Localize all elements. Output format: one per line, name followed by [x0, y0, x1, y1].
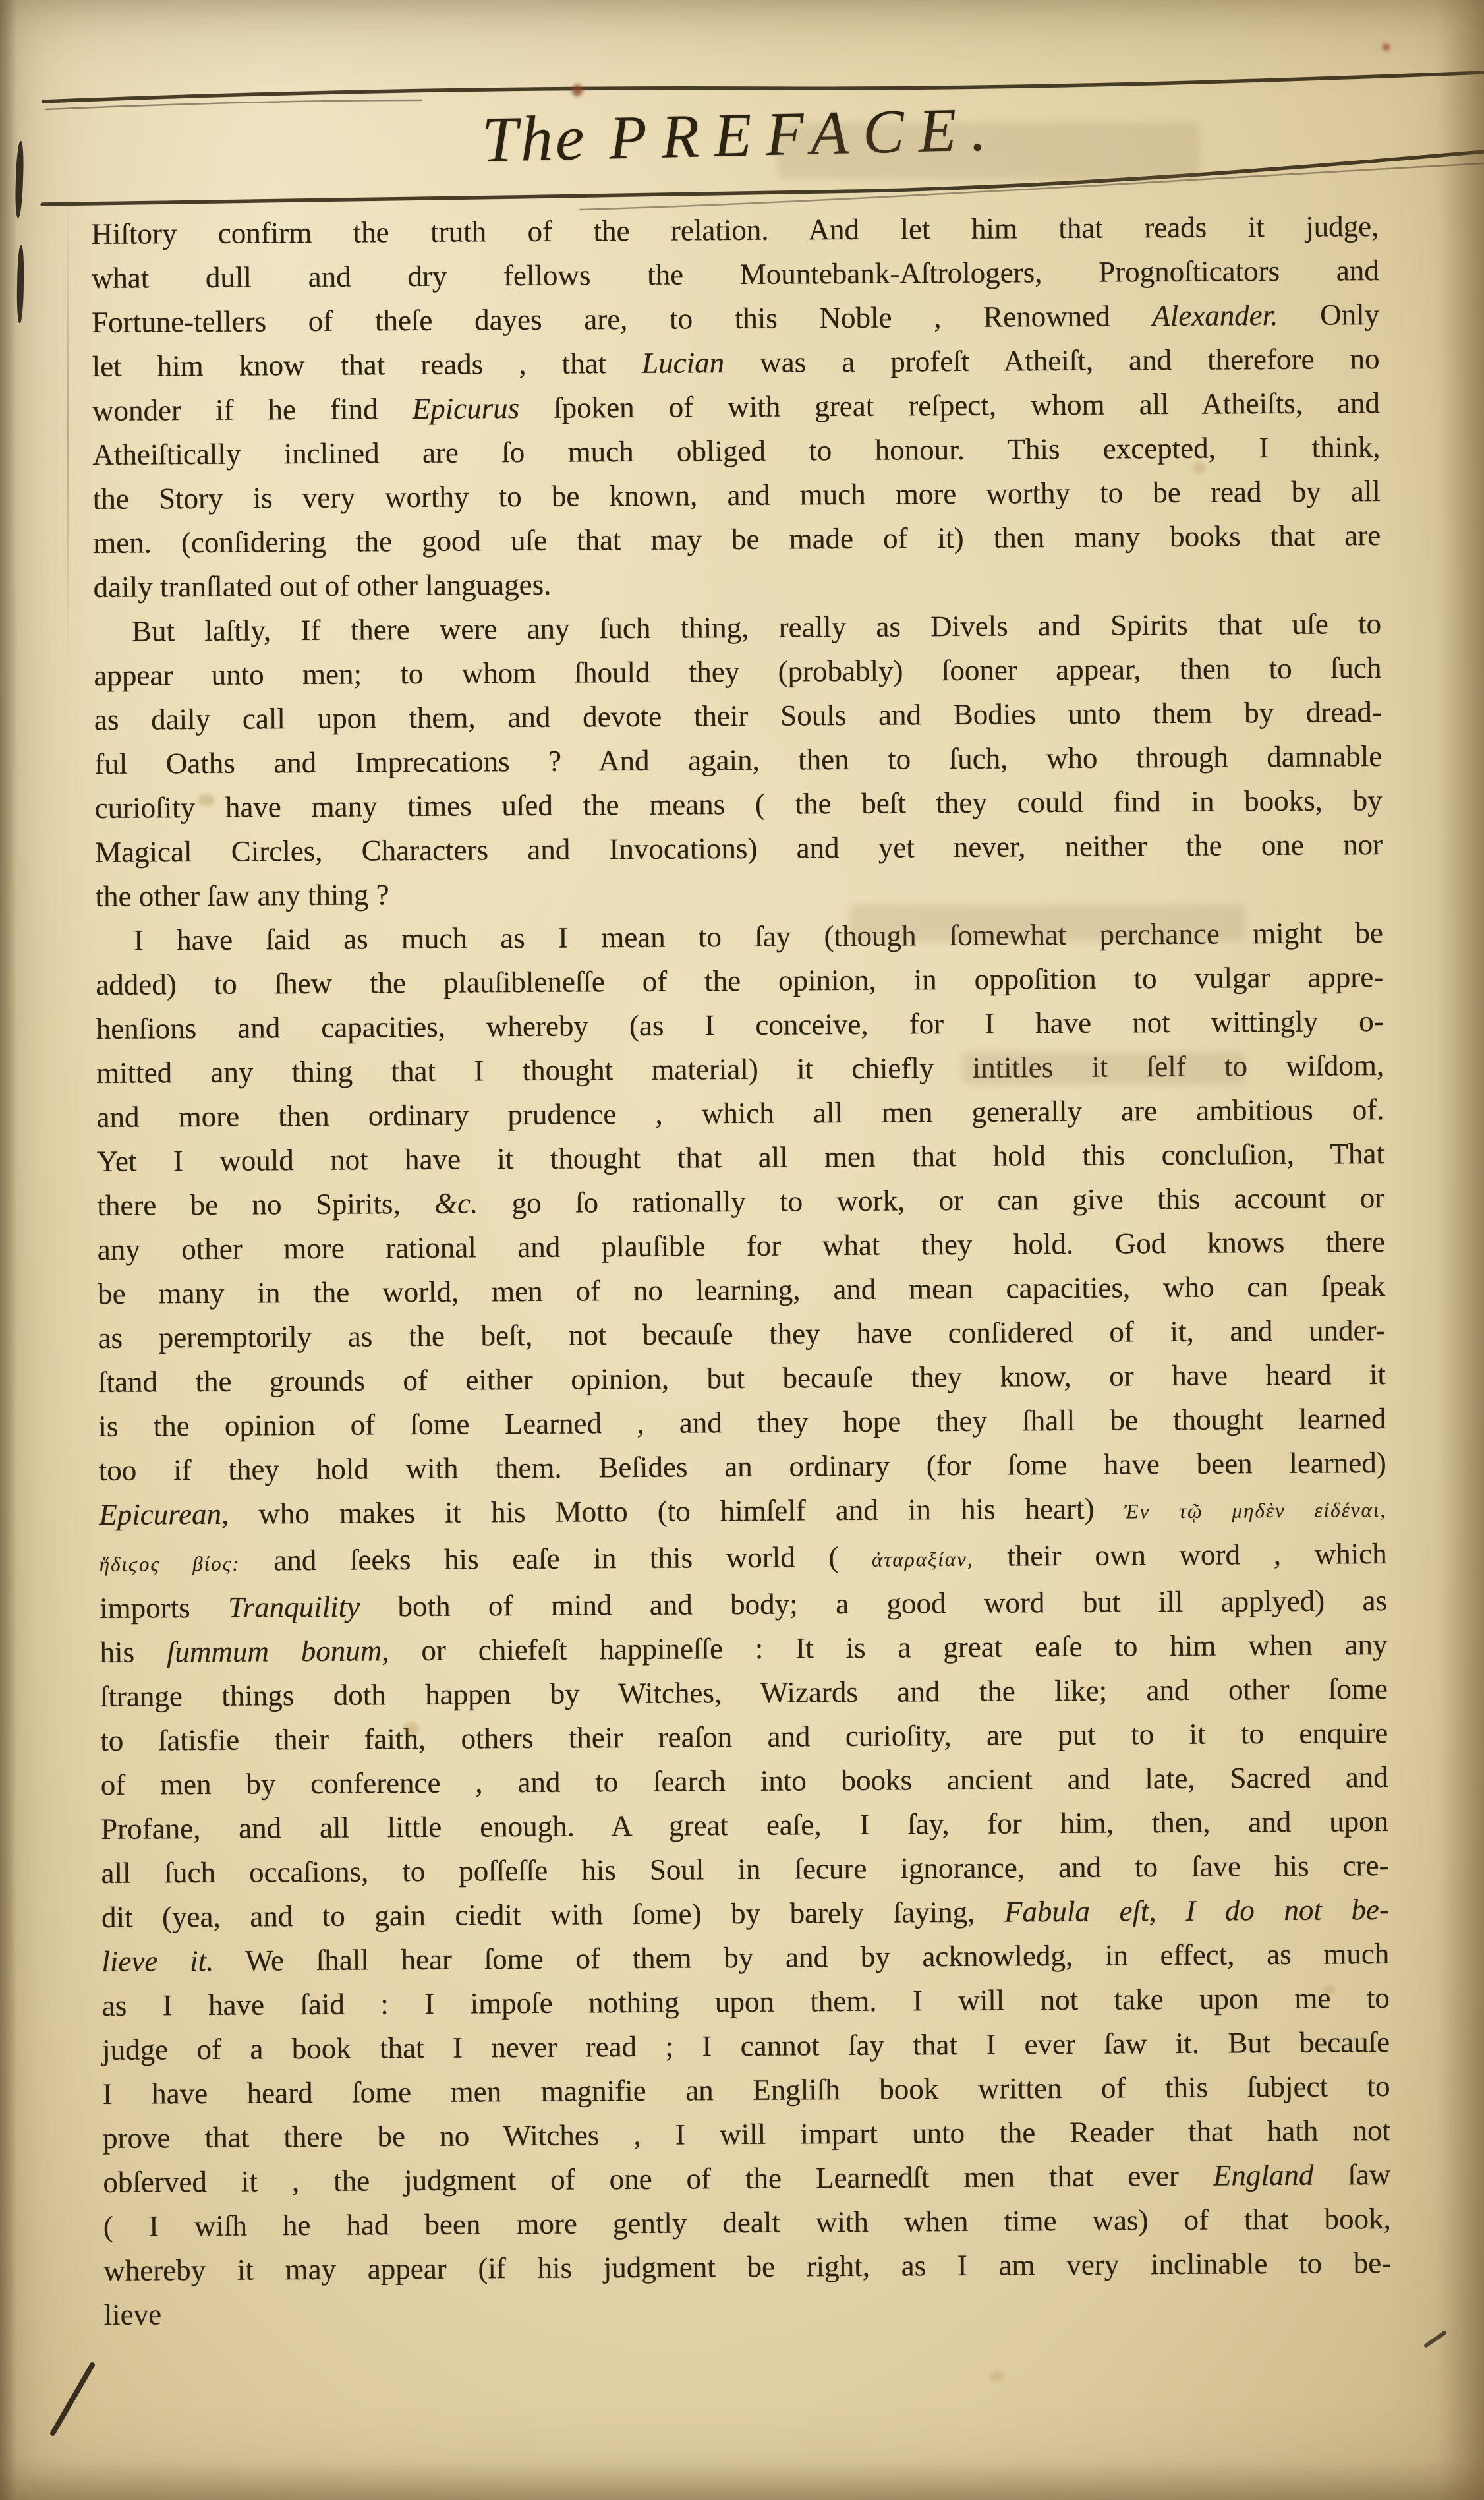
body-text: too if they hold with them. Beſides an o…	[99, 1446, 1386, 1487]
text-line: and more then ordinary prudence , which …	[96, 1088, 1384, 1140]
body-text: be many in the world, men of no learning…	[98, 1269, 1385, 1310]
italic-text: England	[1213, 2159, 1314, 2192]
body-text: his	[100, 1635, 167, 1669]
body-text: ful Oaths and Imprecations ? And again, …	[94, 740, 1382, 780]
fox-spot	[1193, 463, 1206, 473]
text-line: too if they hold with them. Beſides an o…	[99, 1441, 1386, 1493]
body-text: is the opinion of ſome Learned , and the…	[98, 1402, 1386, 1443]
italic-text: lieve it.	[101, 1944, 214, 1978]
page-edge-shadow	[1438, 0, 1484, 2500]
body-text: as peremptorily as the beſt, not becauſe…	[98, 1314, 1385, 1354]
text-line: let him know that reads , that Lucian wa…	[92, 337, 1379, 389]
text-line: prove that there be no Witches , I will …	[103, 2108, 1390, 2161]
body-text: there be no Spirits,	[97, 1187, 434, 1222]
text-line: as peremptorily as the beſt, not becauſe…	[98, 1308, 1385, 1360]
body-text: Atheiſtically inclined are ſo much oblig…	[92, 430, 1380, 471]
fox-spot	[990, 2371, 1004, 2381]
page-edge-shadow	[0, 2460, 1484, 2500]
body-text: ſtrange things doth happen by Witches, W…	[100, 1672, 1388, 1713]
body-text: added) to ſhew the plauſibleneſſe of the…	[96, 960, 1383, 1001]
body-text: and more then ordinary prudence , which …	[96, 1093, 1384, 1134]
text-line: whereby it may appear (if his judgment b…	[103, 2241, 1391, 2293]
text-line: as I have ſaid : I impoſe nothing upon t…	[102, 1976, 1390, 2028]
body-text: to ſatisfie their faith, others their re…	[100, 1716, 1388, 1757]
body-text: men. (conſidering the good uſe that may …	[93, 519, 1381, 560]
greek-text: Ἐν τῷ μηδὲν εἰδέναι,	[1124, 1498, 1386, 1523]
body-text: all ſuch occaſions, to poſſeſſe his Soul…	[101, 1849, 1388, 1890]
paragraph: But laſtly, If there were any ſuch thing…	[94, 602, 1383, 919]
body-text: Hiſtory confirm the truth of the relatio…	[91, 210, 1379, 250]
text-line: obſerved it , the judgment of one of the…	[103, 2153, 1390, 2205]
body-text: daily tranſlated out of other languages.	[93, 568, 551, 604]
paragraph: I have ſaid as much as I mean to ſay (th…	[96, 911, 1392, 2293]
show-through-smudge	[850, 904, 1245, 941]
text-line: his ſummum bonum, or chiefeſt happineſſe…	[100, 1623, 1387, 1675]
text-line: Epicurean, who makes it his Motto (to hi…	[99, 1485, 1386, 1540]
fox-spot	[403, 1722, 419, 1735]
body-text: go ſo rationally to work, or can give th…	[478, 1181, 1384, 1219]
body-text: who makes it his Motto (to himſelf and i…	[229, 1492, 1124, 1530]
paragraph: Hiſtory confirm the truth of the relatio…	[91, 204, 1381, 610]
text-line: to ſatisfie their faith, others their re…	[100, 1711, 1388, 1763]
text-line: appear unto men; to whom ſhould they (pr…	[94, 646, 1381, 698]
text-line: imports Tranquility both of mind and bod…	[100, 1579, 1387, 1631]
text-line: ful Oaths and Imprecations ? And again, …	[94, 734, 1382, 786]
body-text: as daily call upon them, and devote thei…	[94, 695, 1382, 736]
text-line: of men by conference , and to ſearch int…	[101, 1755, 1388, 1807]
page-crease	[67, 191, 69, 666]
body-text: Only	[1278, 298, 1379, 332]
body-text: We ſhall hear ſome of them by and by ack…	[214, 1937, 1389, 1977]
body-text: what dull and dry fellows the Mountebank…	[92, 254, 1379, 295]
text-line: henſions and capacities, whereby (as I c…	[96, 999, 1384, 1051]
body-text: wonder if he find	[92, 392, 413, 427]
text-line: Yet I would not have it thought that all…	[97, 1132, 1384, 1184]
text-line: But laſtly, If there were any ſuch thing…	[94, 602, 1381, 654]
text-line: added) to ſhew the plauſibleneſſe of the…	[96, 955, 1383, 1007]
page-edge-shadow	[0, 0, 17, 2500]
pen-stroke	[49, 2362, 96, 2437]
body-text: Profane, and all little enough. A great …	[101, 1805, 1388, 1846]
body-text: of men by conference , and to ſearch int…	[101, 1760, 1388, 1801]
text-line: the Story is very worthy to be known, an…	[93, 469, 1381, 521]
body-text: curioſity have many times uſed the means…	[95, 784, 1383, 825]
body-text: imports	[100, 1591, 228, 1625]
text-line: lieve it. We ſhall hear ſome of them by …	[101, 1932, 1389, 1984]
body-text: ſtand the grounds of either opinion, but…	[98, 1358, 1386, 1399]
body-text: Yet I would not have it thought that all…	[97, 1137, 1384, 1178]
body-text: obſerved it , the judgment of one of the…	[103, 2159, 1213, 2199]
body-text: and ſeeks his eaſe in this world (	[240, 1540, 872, 1577]
body-text: ſaw	[1313, 2158, 1390, 2192]
italic-text: Epicurus	[413, 392, 520, 425]
show-through-smudge	[778, 123, 1199, 179]
body-text: Magical Circles, Characters and Invocati…	[95, 828, 1383, 869]
body-text: the other ſaw any thing ?	[95, 878, 389, 913]
text-line: ſtand the grounds of either opinion, but…	[98, 1352, 1386, 1405]
body-text: as I have ſaid : I impoſe nothing upon t…	[102, 1981, 1390, 2022]
text-line: dit (yea, and to gain ciedit with ſome) …	[101, 1888, 1389, 1940]
italic-text: Epicurean,	[99, 1497, 229, 1531]
stain-spot	[1383, 44, 1390, 51]
body-text: prove that there be no Witches , I will …	[103, 2114, 1390, 2155]
text-line: Fortune-tellers of theſe dayes are, to t…	[92, 293, 1379, 345]
body-text: judge of a book that I never read ; I ca…	[102, 2025, 1390, 2066]
body-text: their own word , which	[973, 1537, 1386, 1573]
text-block: Hiſtory confirm the truth of the relatio…	[91, 204, 1392, 2337]
fox-spot	[198, 794, 215, 806]
greek-text: ἀταραξίαν,	[872, 1548, 974, 1571]
body-text: ſpoken of with great reſpect, whom all A…	[519, 386, 1380, 424]
italic-text: Fabula eſt, I do not be-	[1004, 1893, 1389, 1929]
italic-text: Alexander.	[1152, 299, 1278, 332]
body-text: any other more rational and plauſible fo…	[98, 1225, 1385, 1266]
text-line: Hiſtory confirm the truth of the relatio…	[91, 204, 1379, 256]
text-line: is the opinion of ſome Learned , and the…	[98, 1397, 1386, 1449]
body-text: was a profeſt Atheiſt, and therefore no	[724, 342, 1380, 379]
body-text: let him know that reads , that	[92, 347, 642, 383]
body-text: ( I wiſh he had been more gently dealt w…	[103, 2202, 1391, 2243]
italic-text: ſummum bonum,	[167, 1634, 389, 1668]
body-text: dit (yea, and to gain ciedit with ſome) …	[101, 1896, 1004, 1934]
text-line: daily tranſlated out of other languages.	[93, 558, 1381, 610]
body-text: But laſtly, If there were any ſuch thing…	[132, 607, 1381, 648]
text-line: what dull and dry fellows the Mountebank…	[92, 248, 1379, 301]
text-line: Profane, and all little enough. A great …	[101, 1799, 1388, 1851]
text-line: as daily call upon them, and devote thei…	[94, 690, 1382, 742]
italic-text: Tranquility	[228, 1590, 360, 1624]
text-line: ( I wiſh he had been more gently dealt w…	[103, 2197, 1391, 2249]
body-text: I have heard ſome men magnifie an Engliſ…	[102, 2070, 1390, 2110]
fox-spot	[1323, 1985, 1335, 1994]
scanned-book-page: ThePREFACE. Hiſtory confirm the truth of…	[0, 0, 1484, 2500]
text-line: all ſuch occaſions, to poſſeſſe his Soul…	[101, 1844, 1388, 1896]
body-text: Fortune-tellers of theſe dayes are, to t…	[92, 299, 1152, 339]
text-line: Magical Circles, Characters and Invocati…	[95, 823, 1383, 875]
body-text: the Story is very worthy to be known, an…	[93, 475, 1381, 515]
stain-spot	[572, 84, 583, 96]
body-text: appear unto men; to whom ſhould they (pr…	[94, 651, 1381, 692]
italic-text: Lucian	[642, 346, 724, 380]
text-line: ſtrange things doth happen by Witches, W…	[100, 1667, 1388, 1719]
body-text: both of mind and body; a good word but i…	[360, 1584, 1387, 1623]
text-line: there be no Spirits, &c. go ſo rationall…	[97, 1176, 1384, 1228]
text-line: wonder if he find Epicurus ſpoken of wit…	[92, 381, 1380, 433]
body-text: henſions and capacities, whereby (as I c…	[96, 1004, 1384, 1045]
text-line: I have heard ſome men magnifie an Engliſ…	[102, 2064, 1390, 2116]
body-text: whereby it may appear (if his judgment b…	[103, 2246, 1391, 2287]
text-line: judge of a book that I never read ; I ca…	[102, 2020, 1390, 2072]
text-line: Atheiſtically inclined are ſo much oblig…	[92, 425, 1380, 477]
text-line: any other more rational and plauſible fo…	[98, 1220, 1385, 1272]
body-text: or chiefeſt happineſſe : It is a great e…	[389, 1628, 1387, 1667]
italic-text: &c.	[434, 1186, 478, 1219]
page-title-the: The	[481, 102, 587, 176]
text-line: men. (conſidering the good uſe that may …	[93, 513, 1381, 566]
catchword: lieve	[103, 2285, 1391, 2337]
text-line: be many in the world, men of no learning…	[98, 1264, 1385, 1316]
text-line: ἥδιϛος βίος: and ſeeks his eaſe in this …	[99, 1532, 1386, 1586]
text-line: curioſity have many times uſed the means…	[94, 778, 1382, 830]
greek-text: ἥδιϛος βίος:	[100, 1552, 241, 1576]
show-through-smudge	[962, 1052, 1245, 1085]
